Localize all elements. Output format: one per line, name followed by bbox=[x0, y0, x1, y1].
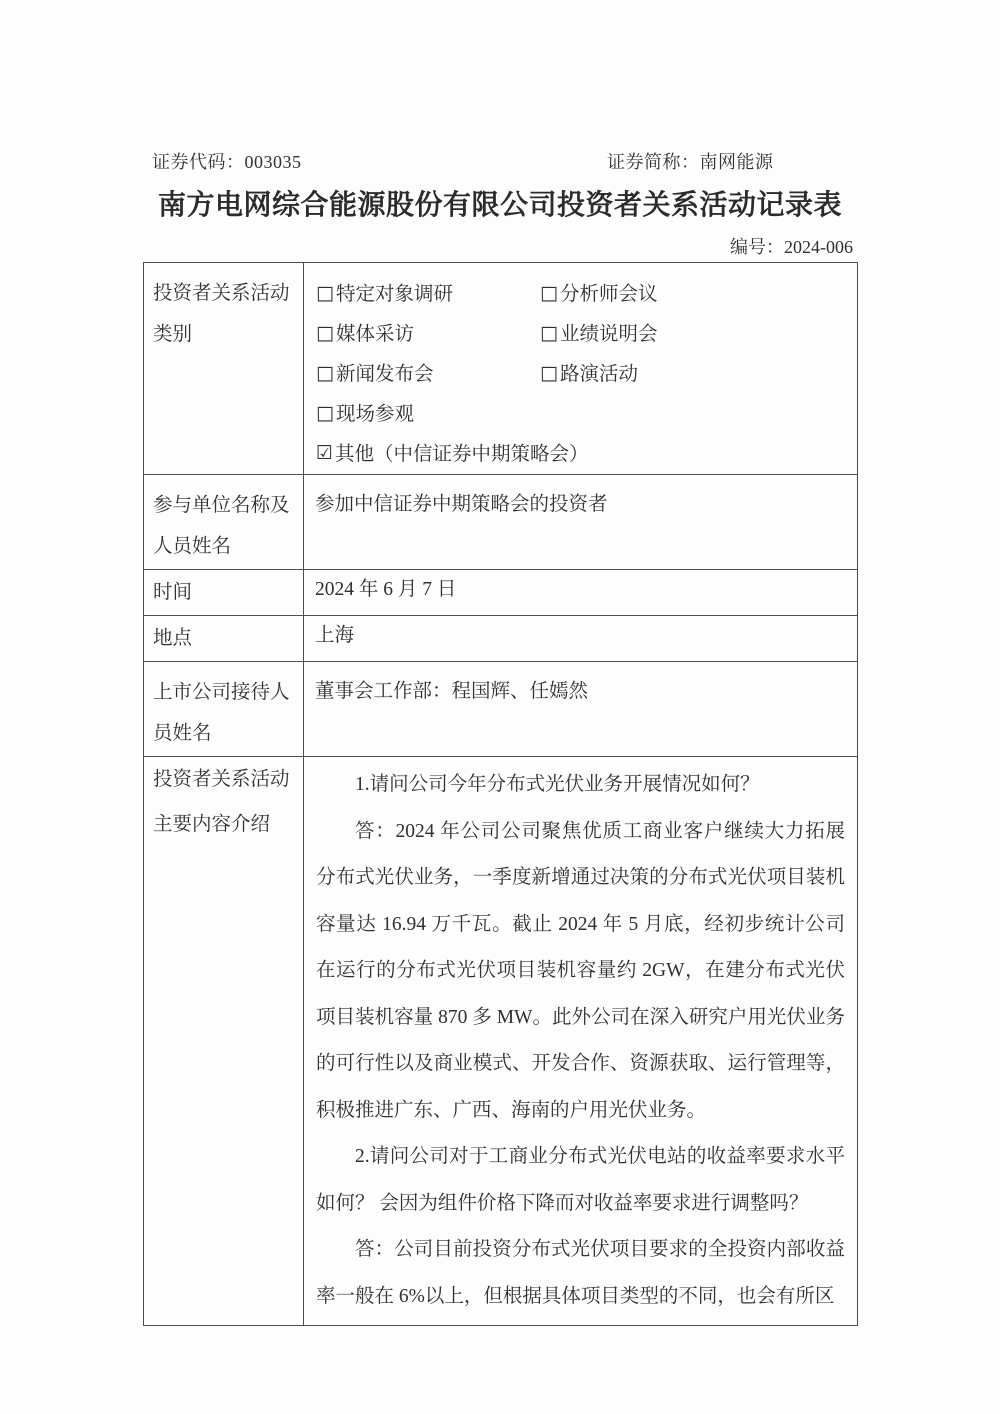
row-label-participants: 参与单位名称及 人员姓名 bbox=[144, 475, 304, 570]
checkbox-option: □业绩说明会 bbox=[540, 314, 847, 354]
checkbox-checked-icon: ☑ bbox=[316, 433, 333, 473]
record-table: 投资者关系活动 类别 □特定对象调研 □分析师会议 □媒体采访 □业绩说明会 bbox=[143, 262, 858, 1326]
table-row-time: 时间 2024 年 6 月 7 日 bbox=[144, 570, 858, 616]
option-label: 路演活动 bbox=[560, 364, 638, 385]
row-label-line: 类别 bbox=[153, 314, 297, 355]
row-label-line: 人员姓名 bbox=[153, 526, 297, 567]
option-label: 其他（中信证券中期策略会） bbox=[335, 444, 589, 465]
row-label-location: 地点 bbox=[144, 616, 304, 662]
row-label-line: 投资者关系活动 bbox=[153, 769, 290, 790]
document-page: 证券代码：003035 证券简称：南网能源 南方电网综合能源股份有限公司投资者关… bbox=[0, 0, 1000, 1414]
qa-paragraph: 1.请问公司今年分布式光伏业务开展情况如何？ bbox=[316, 762, 845, 809]
option-label: 业绩说明会 bbox=[560, 324, 658, 345]
checkbox-icon: □ bbox=[316, 353, 334, 393]
row-label-activity-type: 投资者关系活动 类别 bbox=[144, 263, 304, 475]
qa-paragraph: 答：公司目前投资分布式光伏项目要求的全投资内部收益率一般在 6%以上，但根据具体… bbox=[316, 1227, 845, 1320]
main-content: 1.请问公司今年分布式光伏业务开展情况如何？ 答：2024 年公司公司聚焦优质工… bbox=[304, 757, 858, 1326]
table-row-participants: 参与单位名称及 人员姓名 参加中信证券中期策略会的投资者 bbox=[144, 475, 858, 570]
checkbox-icon: □ bbox=[540, 353, 558, 393]
row-label-line: 员姓名 bbox=[153, 713, 297, 754]
checkbox-option: □媒体采访 bbox=[316, 314, 540, 354]
checkbox-icon: □ bbox=[540, 273, 558, 313]
option-label: 特定对象调研 bbox=[336, 284, 453, 305]
checkbox-icon: □ bbox=[540, 313, 558, 353]
checkbox-option-grid: □特定对象调研 □分析师会议 □媒体采访 □业绩说明会 □新闻发布会 bbox=[315, 263, 847, 474]
checkbox-option: □现场参观 bbox=[316, 394, 540, 434]
activity-type-options: □特定对象调研 □分析师会议 □媒体采访 □业绩说明会 □新闻发布会 bbox=[304, 263, 858, 475]
checkbox-option: □分析师会议 bbox=[540, 274, 847, 314]
row-label-line: 主要内容介绍 bbox=[153, 814, 270, 835]
doc-number: 编号：2024-006 bbox=[143, 233, 853, 259]
stock-code: 证券代码：003035 bbox=[152, 148, 302, 174]
option-label: 新闻发布会 bbox=[336, 364, 434, 385]
option-label: 分析师会议 bbox=[560, 284, 658, 305]
table-row-activity-type: 投资者关系活动 类别 □特定对象调研 □分析师会议 □媒体采访 □业绩说明会 bbox=[144, 263, 858, 475]
table-row-receptionists: 上市公司接待人 员姓名 董事会工作部：程国辉、任嫣然 bbox=[144, 662, 858, 757]
receptionists-value: 董事会工作部：程国辉、任嫣然 bbox=[304, 662, 858, 757]
checkbox-option: □新闻发布会 bbox=[316, 354, 540, 394]
checkbox-icon: □ bbox=[316, 313, 334, 353]
option-label: 媒体采访 bbox=[336, 324, 414, 345]
location-value: 上海 bbox=[304, 616, 858, 662]
row-label-time: 时间 bbox=[144, 570, 304, 616]
checkbox-option: □特定对象调研 bbox=[316, 274, 540, 314]
row-label-main-content: 投资者关系活动 主要内容介绍 bbox=[144, 757, 304, 1326]
checkbox-option: □路演活动 bbox=[540, 354, 847, 394]
checkbox-icon: □ bbox=[316, 273, 334, 313]
row-label-receptionists: 上市公司接待人 员姓名 bbox=[144, 662, 304, 757]
qa-paragraph: 2.请问公司对于工商业分布式光伏电站的收益率要求水平如何？ 会因为组件价格下降而… bbox=[316, 1134, 845, 1227]
checkbox-option-other: ☑其他（中信证券中期策略会） bbox=[316, 434, 847, 474]
qa-paragraph: 答：2024 年公司公司聚焦优质工商业客户继续大力拓展分布式光伏业务，一季度新增… bbox=[316, 809, 845, 1135]
option-label: 现场参观 bbox=[336, 404, 414, 425]
row-label-line: 参与单位名称及 bbox=[153, 485, 297, 526]
row-label-line: 上市公司接待人 bbox=[153, 672, 297, 713]
row-label-line: 投资者关系活动 bbox=[153, 273, 297, 314]
table-row-main-content: 投资者关系活动 主要内容介绍 1.请问公司今年分布式光伏业务开展情况如何？ 答：… bbox=[144, 757, 858, 1326]
table-row-location: 地点 上海 bbox=[144, 616, 858, 662]
participants-value: 参加中信证券中期策略会的投资者 bbox=[304, 475, 858, 570]
page-title: 南方电网综合能源股份有限公司投资者关系活动记录表 bbox=[0, 183, 1000, 223]
checkbox-icon: □ bbox=[316, 393, 334, 433]
stock-short-name: 证券简称：南网能源 bbox=[607, 148, 774, 174]
time-value: 2024 年 6 月 7 日 bbox=[304, 570, 858, 616]
